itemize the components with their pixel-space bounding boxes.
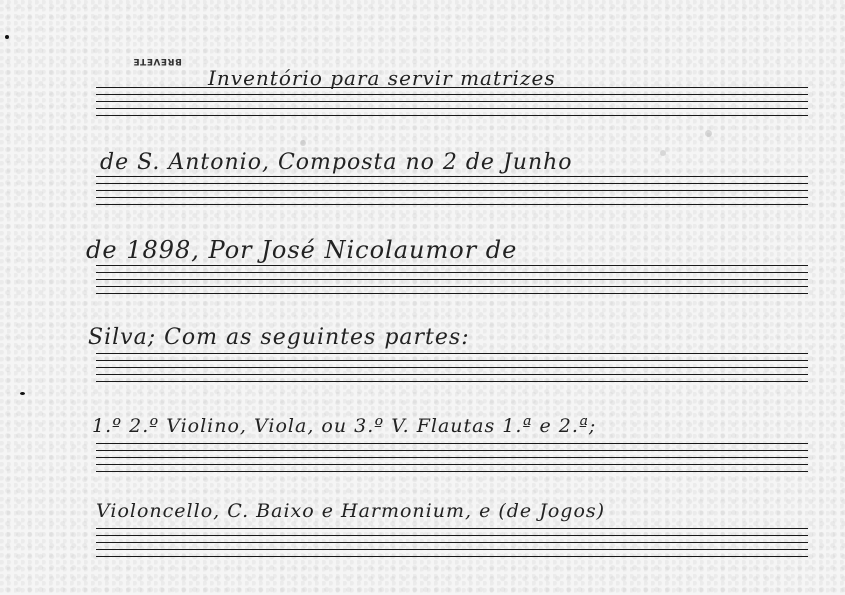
staff-line bbox=[96, 176, 808, 177]
staff-line bbox=[96, 528, 808, 529]
paper-blot bbox=[300, 140, 306, 146]
staff-line bbox=[96, 279, 808, 280]
staff-line bbox=[96, 115, 808, 116]
staff-line bbox=[96, 374, 808, 375]
paper-blot bbox=[660, 150, 666, 156]
staff-line bbox=[96, 367, 808, 368]
staff-1 bbox=[96, 87, 808, 116]
staff-2 bbox=[96, 176, 808, 205]
ink-speck bbox=[20, 392, 25, 395]
staff-5 bbox=[96, 443, 808, 472]
handwritten-line-6: Violoncello, C. Baixo e Harmonium, e (de… bbox=[96, 500, 605, 522]
staff-line bbox=[96, 87, 808, 88]
staff-line bbox=[96, 272, 808, 273]
staff-line bbox=[96, 108, 808, 109]
handwritten-line-5: 1.º 2.º Violino, Viola, ou 3.º V. Flauta… bbox=[92, 415, 596, 437]
staff-line bbox=[96, 190, 808, 191]
handwritten-line-4: Silva; Com as seguintes partes: bbox=[88, 325, 470, 350]
staff-line bbox=[96, 204, 808, 205]
staff-line bbox=[96, 381, 808, 382]
staff-line bbox=[96, 197, 808, 198]
staff-line bbox=[96, 94, 808, 95]
staff-line bbox=[96, 457, 808, 458]
staff-line bbox=[96, 535, 808, 536]
staff-line bbox=[96, 286, 808, 287]
staff-line bbox=[96, 293, 808, 294]
staff-3 bbox=[96, 265, 808, 294]
manuscript-page: BREVETE Inventório para servir matrizes … bbox=[0, 0, 845, 595]
staff-4 bbox=[96, 353, 808, 382]
staff-line bbox=[96, 542, 808, 543]
paper-blot bbox=[705, 130, 712, 137]
staff-line bbox=[96, 443, 808, 444]
handwritten-line-3: de 1898, Por José Nicolaumor de bbox=[86, 236, 517, 264]
staff-line bbox=[96, 360, 808, 361]
ink-speck bbox=[5, 35, 9, 39]
staff-line bbox=[96, 464, 808, 465]
staff-line bbox=[96, 265, 808, 266]
brevete-stamp: BREVETE bbox=[133, 56, 182, 66]
staff-line bbox=[96, 183, 808, 184]
staff-line bbox=[96, 556, 808, 557]
handwritten-line-2: de S. Antonio, Composta no 2 de Junho bbox=[100, 150, 573, 175]
staff-line bbox=[96, 471, 808, 472]
staff-line bbox=[96, 101, 808, 102]
staff-line bbox=[96, 450, 808, 451]
staff-6 bbox=[96, 528, 808, 557]
staff-line bbox=[96, 549, 808, 550]
staff-line bbox=[96, 353, 808, 354]
